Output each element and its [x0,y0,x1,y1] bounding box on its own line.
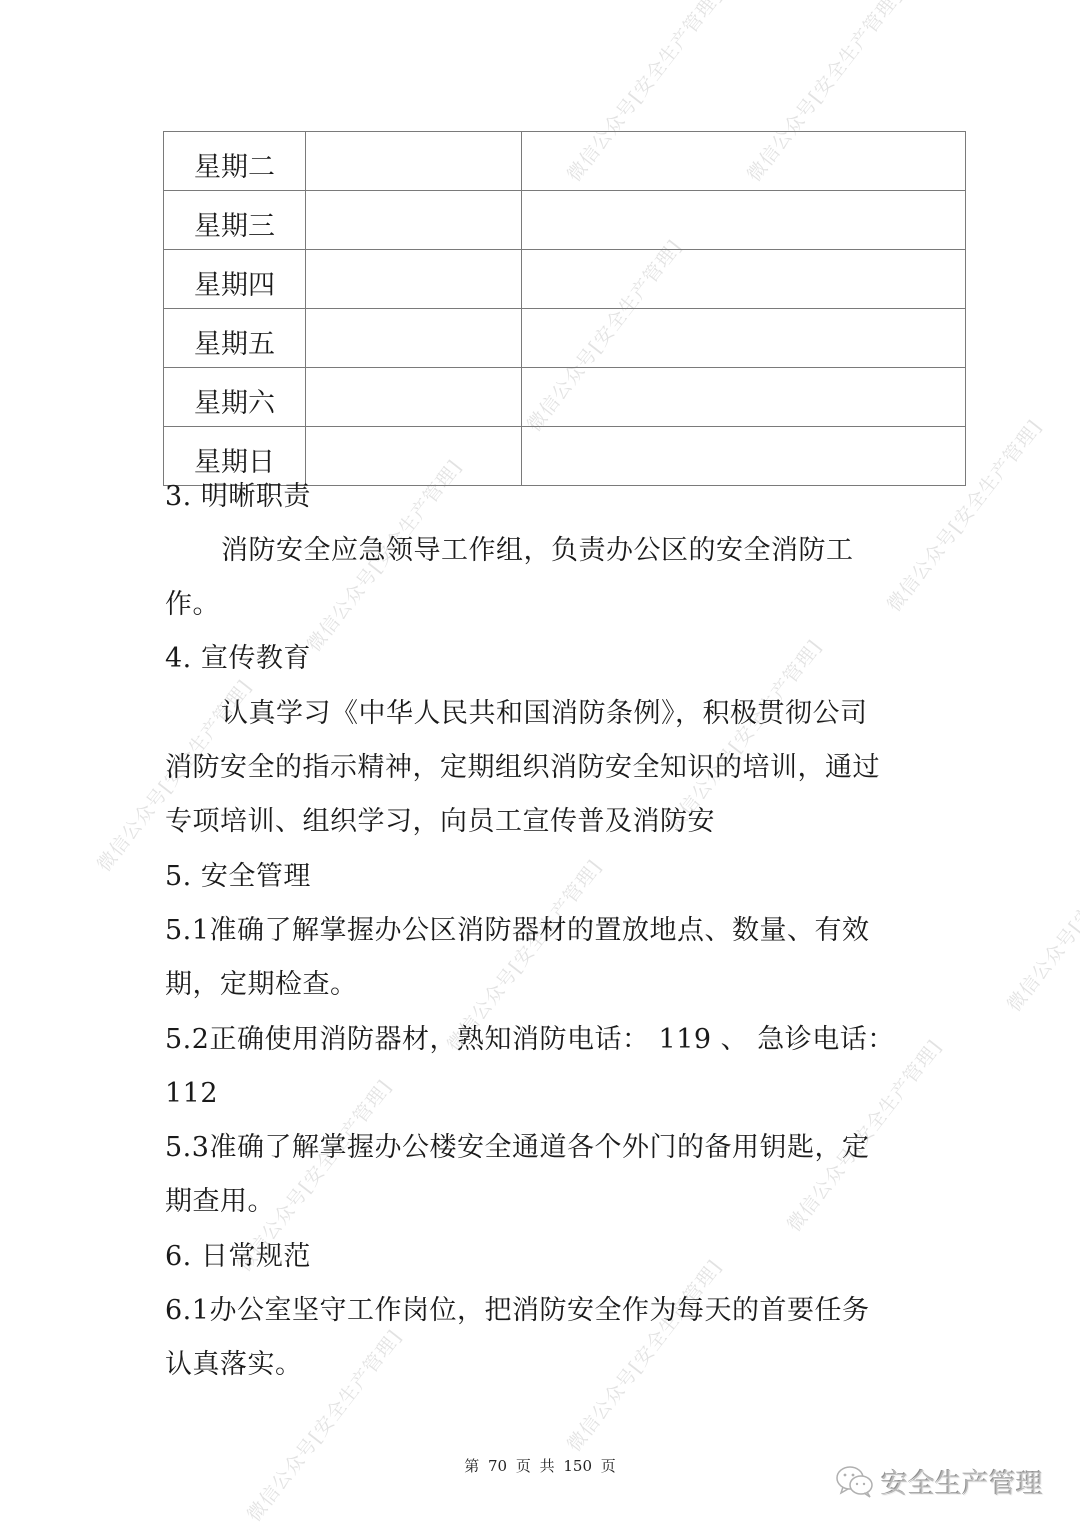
paragraph-line: 5.3准确了解掌握办公楼安全通道各个外门的备用钥匙，定 [165,1131,869,1165]
paragraph-line: 消防安全的指示精神，定期组织消防安全知识的培训，通过 [165,751,880,785]
wechat-icon [835,1465,875,1499]
paragraph-line: 5.1准确了解掌握办公区消防器材的置放地点、数量、有效 [165,914,869,948]
section-heading-3: 3. 明晰职责 [165,480,311,514]
table-cell [522,250,966,309]
table-row: 星期六 [164,368,966,427]
day-cell: 星期三 [164,191,306,250]
table-row: 星期二 [164,132,966,191]
day-cell: 星期六 [164,368,306,427]
table-cell [522,427,966,486]
section-heading-6: 6. 日常规范 [165,1240,311,1274]
table-row: 星期四 [164,250,966,309]
day-cell: 星期二 [164,132,306,191]
table-cell [306,368,522,427]
duty-schedule-table: 星期二 星期三 星期四 星期五 星期六 [163,131,966,486]
paragraph-line: 6.1办公室坚守工作岗位，把消防安全作为每天的首要任务 [165,1294,869,1328]
table-row: 星期三 [164,191,966,250]
paragraph-line: 专项培训、组织学习，向员工宣传普及消防安 [165,805,715,839]
document-page: 星期二 星期三 星期四 星期五 星期六 [0,0,1080,1528]
day-cell: 星期五 [164,309,306,368]
brand-watermark: 安全生产管理 [835,1462,1043,1501]
table-row: 星期五 [164,309,966,368]
day-cell: 星期日 [164,427,306,486]
paragraph-line: 5.2正确使用消防器材，熟知消防电话： 119 、 急诊电话： [165,1023,895,1057]
paragraph-line: 112 [165,1077,218,1111]
table-row: 星期日 [164,427,966,486]
paragraph-line: 认真学习《中华人民共和国消防条例》，积极贯彻公司 [221,697,868,731]
brand-name: 安全生产管理 [881,1462,1043,1501]
table-cell [306,427,522,486]
paragraph-line: 认真落实。 [165,1348,303,1382]
table-cell [522,309,966,368]
paragraph-line: 期，定期检查。 [165,968,358,1002]
table-cell [306,309,522,368]
table-cell [306,132,522,191]
paragraph-line: 消防安全应急领导工作组，负责办公区的安全消防工 [221,534,854,568]
table-cell [522,132,966,191]
day-cell: 星期四 [164,250,306,309]
section-heading-4: 4. 宣传教育 [165,642,311,676]
section-heading-5: 5. 安全管理 [165,860,311,894]
paragraph-line: 作。 [165,588,220,622]
table-cell [306,250,522,309]
table-cell [306,191,522,250]
table-cell [522,368,966,427]
table-cell [522,191,966,250]
paragraph-line: 期查用。 [165,1185,275,1219]
